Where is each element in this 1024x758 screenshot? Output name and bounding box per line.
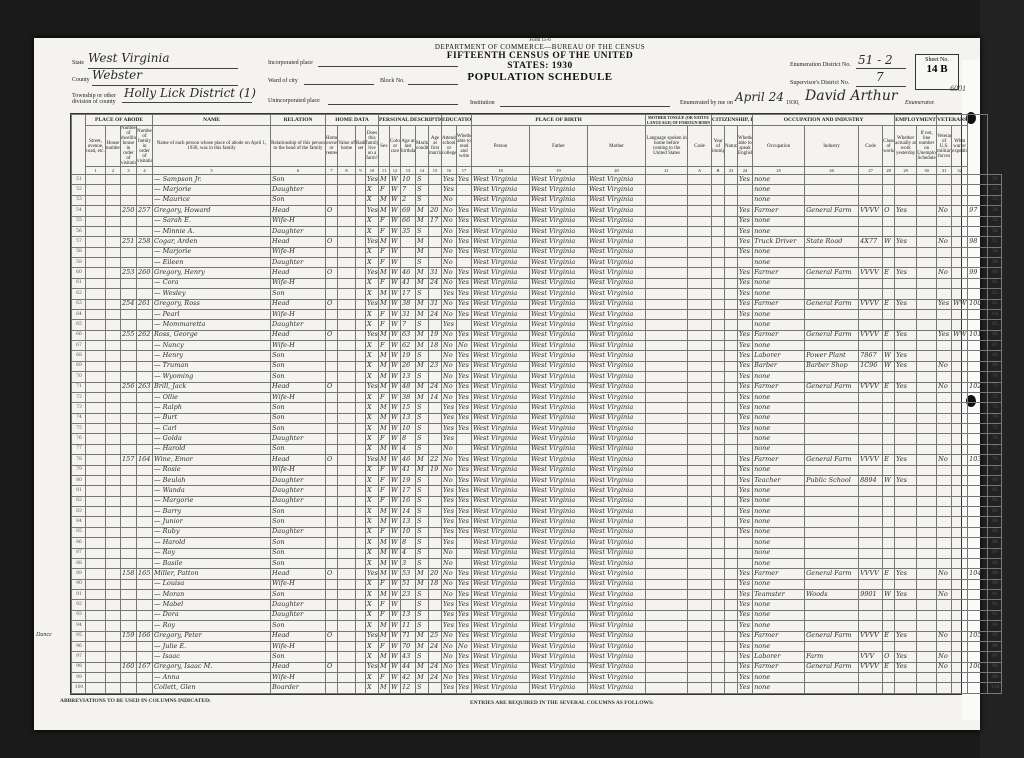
table-row: 82— MargorieDaughterXFW16SYesYesWest Vir… (72, 496, 1002, 506)
radio-cell (356, 413, 366, 423)
street-cell (86, 289, 106, 299)
race-cell: W (390, 299, 401, 309)
home-tenure-cell (326, 475, 338, 485)
school-cell: No (442, 216, 457, 226)
age-cell: 66 (401, 216, 416, 226)
name-cell: — Dora (153, 610, 271, 620)
first-marriage-cell: 17 (429, 216, 442, 226)
class-of-worker-cell (883, 434, 895, 444)
street-cell (86, 268, 106, 278)
occupation-cell: Farmer (753, 662, 805, 672)
farm-number-cell: 105 (968, 631, 988, 641)
naturalization-cell (725, 216, 738, 226)
col-marital: Marital condition (416, 126, 429, 167)
war-cell (952, 289, 968, 299)
veteran-cell: No (937, 590, 952, 600)
street-cell (86, 662, 106, 672)
line-number-right: 77 (988, 444, 1002, 454)
home-value-cell (338, 641, 356, 651)
occupation-cell: none (753, 465, 805, 475)
occupation-code-cell (859, 600, 883, 610)
table-row: 99— AnnaWife-HXFW42M24NoYesWest Virginia… (72, 673, 1002, 683)
name-cell: Miller, Patton (153, 569, 271, 579)
first-marriage-cell (429, 538, 442, 548)
read-write-cell: Yes (457, 652, 472, 662)
veteran-cell: No (937, 569, 952, 579)
veteran-cell (937, 351, 952, 361)
family-number-cell (137, 434, 153, 444)
table-row: 51— Sampson Jr.SonYesMW10SYesYesWest Vir… (72, 175, 1002, 185)
family-number-cell (137, 258, 153, 268)
house-number-cell (106, 330, 121, 340)
family-number-cell (137, 175, 153, 185)
age-cell: 31 (401, 309, 416, 319)
family-number-cell: 260 (137, 268, 153, 278)
birthplace-cell: West Virginia (472, 641, 530, 651)
unemployment-cell (917, 465, 937, 475)
occupation-code-cell (859, 216, 883, 226)
first-marriage-cell (429, 621, 442, 631)
name-cell: — Nancy (153, 341, 271, 351)
farm-cell: X (366, 475, 379, 485)
col-occupation-code: Code (859, 126, 883, 167)
birthplace-cell: West Virginia (472, 444, 530, 454)
at-work-cell (895, 579, 917, 589)
table-row: 75— CarlSonXMW10SYesYesWest VirginiaWest… (72, 424, 1002, 434)
occupation-cell: none (753, 320, 805, 330)
war-cell (952, 216, 968, 226)
table-row: 70— WyomingSonXMW13SNoYesWest VirginiaWe… (72, 372, 1002, 382)
line-number-right: 63 (988, 299, 1002, 309)
language-cell (646, 621, 688, 631)
occupation-code-cell (859, 175, 883, 185)
birthplace-cell: West Virginia (472, 486, 530, 496)
name-cell: Wine, Emor (153, 455, 271, 465)
language-code-cell (688, 299, 712, 309)
institution-label: Institution (470, 100, 495, 106)
read-write-cell: Yes (457, 372, 472, 382)
birthplace-cell: West Virginia (472, 631, 530, 641)
naturalization-cell (725, 258, 738, 268)
relation-cell: Wife-H (271, 341, 326, 351)
home-tenure-cell: O (326, 299, 338, 309)
street-cell (86, 444, 106, 454)
naturalization-cell (725, 413, 738, 423)
industry-cell: General Farm (805, 330, 859, 340)
unemployment-cell (917, 496, 937, 506)
street-cell (86, 392, 106, 402)
age-cell: 35 (401, 226, 416, 236)
farm-cell: X (366, 548, 379, 558)
read-write-cell: Yes (457, 631, 472, 641)
read-write-cell: Yes (457, 175, 472, 185)
at-work-cell: Yes (895, 631, 917, 641)
group-citizenship: CITIZENSHIP, ETC. (712, 115, 753, 126)
farm-cell: Yes (366, 455, 379, 465)
street-cell (86, 527, 106, 537)
family-number-cell (137, 673, 153, 683)
relation-cell: Wife-H (271, 673, 326, 683)
language-code-cell (688, 641, 712, 651)
class-of-worker-cell: E (883, 631, 895, 641)
radio-cell (356, 621, 366, 631)
dwelling-number-cell (121, 351, 137, 361)
dwelling-number-cell (121, 175, 137, 185)
farm-cell: Yes (366, 237, 379, 247)
father-birthplace-cell: West Virginia (530, 403, 588, 413)
occupation-code-cell: 1C96 (859, 361, 883, 371)
immigration-cell (712, 341, 725, 351)
street-cell (86, 610, 106, 620)
family-number-cell: 164 (137, 455, 153, 465)
family-number-cell (137, 413, 153, 423)
street-cell (86, 299, 106, 309)
home-value-cell (338, 507, 356, 517)
farm-cell: X (366, 434, 379, 444)
immigration-cell (712, 465, 725, 475)
race-cell: W (390, 579, 401, 589)
age-cell: 2 (401, 195, 416, 205)
sex-cell: F (379, 641, 390, 651)
language-code-cell (688, 455, 712, 465)
father-birthplace-cell: West Virginia (530, 434, 588, 444)
war-cell (952, 652, 968, 662)
farm-number-cell (968, 309, 988, 319)
sex-cell: F (379, 673, 390, 683)
age-cell: 15 (401, 403, 416, 413)
read-write-cell: Yes (457, 392, 472, 402)
age-cell: 69 (401, 206, 416, 216)
relation-cell: Son (271, 507, 326, 517)
farm-cell: X (366, 538, 379, 548)
relation-cell: Head (271, 206, 326, 216)
race-cell: W (390, 673, 401, 683)
language-cell (646, 548, 688, 558)
unemployment-cell (917, 309, 937, 319)
speak-english-cell: Yes (738, 486, 753, 496)
language-code-cell (688, 382, 712, 392)
home-value-cell (338, 517, 356, 527)
father-birthplace-cell: West Virginia (530, 299, 588, 309)
speak-english-cell: Yes (738, 496, 753, 506)
father-birthplace-cell: West Virginia (530, 465, 588, 475)
line-number: 70 (72, 372, 86, 382)
school-cell: No (442, 382, 457, 392)
veteran-cell (937, 278, 952, 288)
school-cell: No (442, 558, 457, 568)
occupation-code-cell (859, 247, 883, 257)
name-cell: — Marjorie (153, 185, 271, 195)
sex-cell: M (379, 507, 390, 517)
farm-number-cell (968, 226, 988, 236)
speak-english-cell: Yes (738, 527, 753, 537)
first-marriage-cell (429, 237, 442, 247)
home-tenure-cell (326, 610, 338, 620)
naturalization-cell (725, 289, 738, 299)
col-number: 5 (153, 167, 271, 175)
home-tenure-cell (326, 351, 338, 361)
home-value-cell (338, 289, 356, 299)
home-value-cell (338, 652, 356, 662)
industry-cell (805, 195, 859, 205)
read-write-cell: No (457, 641, 472, 651)
col-number: 2 (106, 167, 121, 175)
line-number-right: 74 (988, 413, 1002, 423)
at-work-cell (895, 175, 917, 185)
radio-cell (356, 341, 366, 351)
dwelling-number-cell (121, 475, 137, 485)
industry-cell (805, 289, 859, 299)
veteran-cell: No (937, 237, 952, 247)
read-write-cell: Yes (457, 662, 472, 672)
occupation-cell: Farmer (753, 455, 805, 465)
school-cell: No (442, 299, 457, 309)
class-of-worker-cell (883, 548, 895, 558)
occupation-cell: none (753, 392, 805, 402)
farm-number-cell (968, 652, 988, 662)
radio-cell (356, 289, 366, 299)
naturalization-cell (725, 424, 738, 434)
farm-cell: X (366, 579, 379, 589)
first-marriage-cell: 18 (429, 341, 442, 351)
enumerated-label: Enumerated by me on (680, 100, 733, 106)
veteran-cell (937, 558, 952, 568)
house-number-cell (106, 558, 121, 568)
language-code-cell (688, 579, 712, 589)
language-cell (646, 289, 688, 299)
name-cell: — Junior (153, 517, 271, 527)
marital-cell: M (416, 247, 429, 257)
war-cell (952, 361, 968, 371)
family-number-cell (137, 320, 153, 330)
read-write-cell: Yes (457, 216, 472, 226)
home-value-cell (338, 455, 356, 465)
read-write-cell: Yes (457, 403, 472, 413)
home-value-cell (338, 683, 356, 694)
farm-cell: X (366, 226, 379, 236)
home-value-cell (338, 590, 356, 600)
speak-english-cell: Yes (738, 413, 753, 423)
home-tenure-cell (326, 226, 338, 236)
col-unemployment-line: If not, line number on Unemployment Sche… (917, 126, 937, 167)
read-write-cell: Yes (457, 569, 472, 579)
language-code-cell (688, 496, 712, 506)
occupation-cell: Barber (753, 361, 805, 371)
dwelling-number-cell (121, 403, 137, 413)
supervisor-district-value: 7 (876, 70, 884, 84)
table-row: 56— Minnie A.DaughterXFW35SNoYesWest Vir… (72, 226, 1002, 236)
col-number: 6 (271, 167, 326, 175)
col-number: 25 (753, 167, 805, 175)
marital-cell: S (416, 610, 429, 620)
unemployment-cell (917, 444, 937, 454)
immigration-cell (712, 652, 725, 662)
read-write-cell: Yes (457, 673, 472, 683)
house-number-cell (106, 538, 121, 548)
age-cell (401, 237, 416, 247)
unemployment-cell (917, 424, 937, 434)
department-title: DEPARTMENT OF COMMERCE—BUREAU OF THE CEN… (430, 43, 650, 51)
first-marriage-cell: 24 (429, 641, 442, 651)
farm-cell: X (366, 372, 379, 382)
col-language-code: Code (688, 126, 712, 167)
radio-cell (356, 662, 366, 672)
industry-cell (805, 465, 859, 475)
naturalization-cell (725, 237, 738, 247)
at-work-cell (895, 517, 917, 527)
school-cell: Yes (442, 175, 457, 185)
birthplace-cell: West Virginia (472, 226, 530, 236)
line-number: 89 (72, 569, 86, 579)
school-cell: Yes (442, 413, 457, 423)
war-cell (952, 424, 968, 434)
relation-cell: Wife-H (271, 392, 326, 402)
mother-birthplace-cell: West Virginia (588, 403, 646, 413)
relation-cell: Son (271, 175, 326, 185)
race-cell: W (390, 662, 401, 672)
read-write-cell: Yes (457, 206, 472, 216)
line-number-right: 58 (988, 247, 1002, 257)
street-cell (86, 351, 106, 361)
first-marriage-cell: 20 (429, 569, 442, 579)
abbreviations-title: ABBREVIATIONS TO BE USED IN COLUMNS INDI… (60, 698, 211, 704)
home-value-cell (338, 496, 356, 506)
house-number-cell (106, 351, 121, 361)
relation-cell: Son (271, 590, 326, 600)
unemployment-cell (917, 299, 937, 309)
language-code-cell (688, 590, 712, 600)
naturalization-cell (725, 403, 738, 413)
immigration-cell (712, 673, 725, 683)
home-value-cell (338, 226, 356, 236)
home-value-cell (338, 175, 356, 185)
birthplace-cell: West Virginia (472, 424, 530, 434)
speak-english-cell: Yes (738, 289, 753, 299)
unemployment-cell (917, 517, 937, 527)
language-code-cell (688, 424, 712, 434)
sex-cell: M (379, 548, 390, 558)
read-write-cell: Yes (457, 621, 472, 631)
race-cell: W (390, 641, 401, 651)
class-of-worker-cell (883, 486, 895, 496)
name-cell: — Ollie (153, 392, 271, 402)
speak-english-cell: Yes (738, 652, 753, 662)
farm-cell: X (366, 309, 379, 319)
home-value-cell (338, 465, 356, 475)
table-row: 72— OllieWife-HXFW38M14NoYesWest Virgini… (72, 392, 1002, 402)
name-cell: Gregory, Peter (153, 631, 271, 641)
radio-cell (356, 361, 366, 371)
table-row: 59— EileenDaughterXFWSNoWest VirginiaWes… (72, 258, 1002, 268)
farm-number-cell (968, 465, 988, 475)
veteran-cell (937, 538, 952, 548)
naturalization-cell (725, 372, 738, 382)
language-code-cell (688, 258, 712, 268)
line-number-right: 81 (988, 486, 1002, 496)
dwelling-number-cell (121, 226, 137, 236)
sex-cell: M (379, 175, 390, 185)
race-cell: W (390, 268, 401, 278)
street-cell (86, 424, 106, 434)
birthplace-cell: West Virginia (472, 652, 530, 662)
war-cell (952, 558, 968, 568)
family-number-cell (137, 548, 153, 558)
farm-number-cell (968, 424, 988, 434)
radio-cell (356, 548, 366, 558)
occupation-code-cell (859, 641, 883, 651)
veteran-cell (937, 403, 952, 413)
family-number-cell (137, 403, 153, 413)
farm-number-cell (968, 527, 988, 537)
language-cell (646, 226, 688, 236)
war-cell (952, 175, 968, 185)
at-work-cell (895, 372, 917, 382)
race-cell: W (390, 341, 401, 351)
farm-number-cell (968, 683, 988, 694)
language-cell (646, 330, 688, 340)
col-number: 20 (588, 167, 646, 175)
mother-birthplace-cell: West Virginia (588, 382, 646, 392)
family-number-cell (137, 247, 153, 257)
marital-cell: S (416, 434, 429, 444)
war-cell (952, 226, 968, 236)
street-cell (86, 226, 106, 236)
farm-cell: X (366, 486, 379, 496)
sex-cell: M (379, 652, 390, 662)
home-value-cell (338, 527, 356, 537)
first-marriage-cell (429, 258, 442, 268)
occupation-cell: none (753, 496, 805, 506)
mother-birthplace-cell: West Virginia (588, 351, 646, 361)
veteran-cell (937, 444, 952, 454)
veteran-cell: No (937, 662, 952, 672)
home-tenure-cell (326, 361, 338, 371)
naturalization-cell (725, 434, 738, 444)
mother-birthplace-cell: West Virginia (588, 600, 646, 610)
farm-number-cell (968, 278, 988, 288)
sex-cell: M (379, 538, 390, 548)
occupation-code-cell (859, 434, 883, 444)
school-cell: No (442, 206, 457, 216)
township-value: Holly Lick District (1) (124, 86, 256, 100)
relation-cell: Daughter (271, 486, 326, 496)
speak-english-cell: Yes (738, 226, 753, 236)
class-of-worker-cell (883, 289, 895, 299)
name-cell: — Barry (153, 507, 271, 517)
farm-number-cell (968, 579, 988, 589)
mother-birthplace-cell: West Virginia (588, 548, 646, 558)
name-cell: — Maurice (153, 195, 271, 205)
industry-cell: General Farm (805, 631, 859, 641)
dwelling-number-cell: 256 (121, 382, 137, 392)
immigration-cell (712, 621, 725, 631)
relation-cell: Head (271, 631, 326, 641)
home-tenure-cell (326, 175, 338, 185)
col-war: What war or expedition (952, 126, 968, 167)
immigration-cell (712, 600, 725, 610)
first-marriage-cell: 24 (429, 309, 442, 319)
line-number-right: 73 (988, 403, 1002, 413)
marital-cell: S (416, 558, 429, 568)
marital-cell: M (416, 455, 429, 465)
house-number-cell (106, 382, 121, 392)
industry-cell: General Farm (805, 569, 859, 579)
home-value-cell (338, 662, 356, 672)
language-cell (646, 372, 688, 382)
radio-cell (356, 216, 366, 226)
unemployment-cell (917, 673, 937, 683)
street-cell (86, 548, 106, 558)
